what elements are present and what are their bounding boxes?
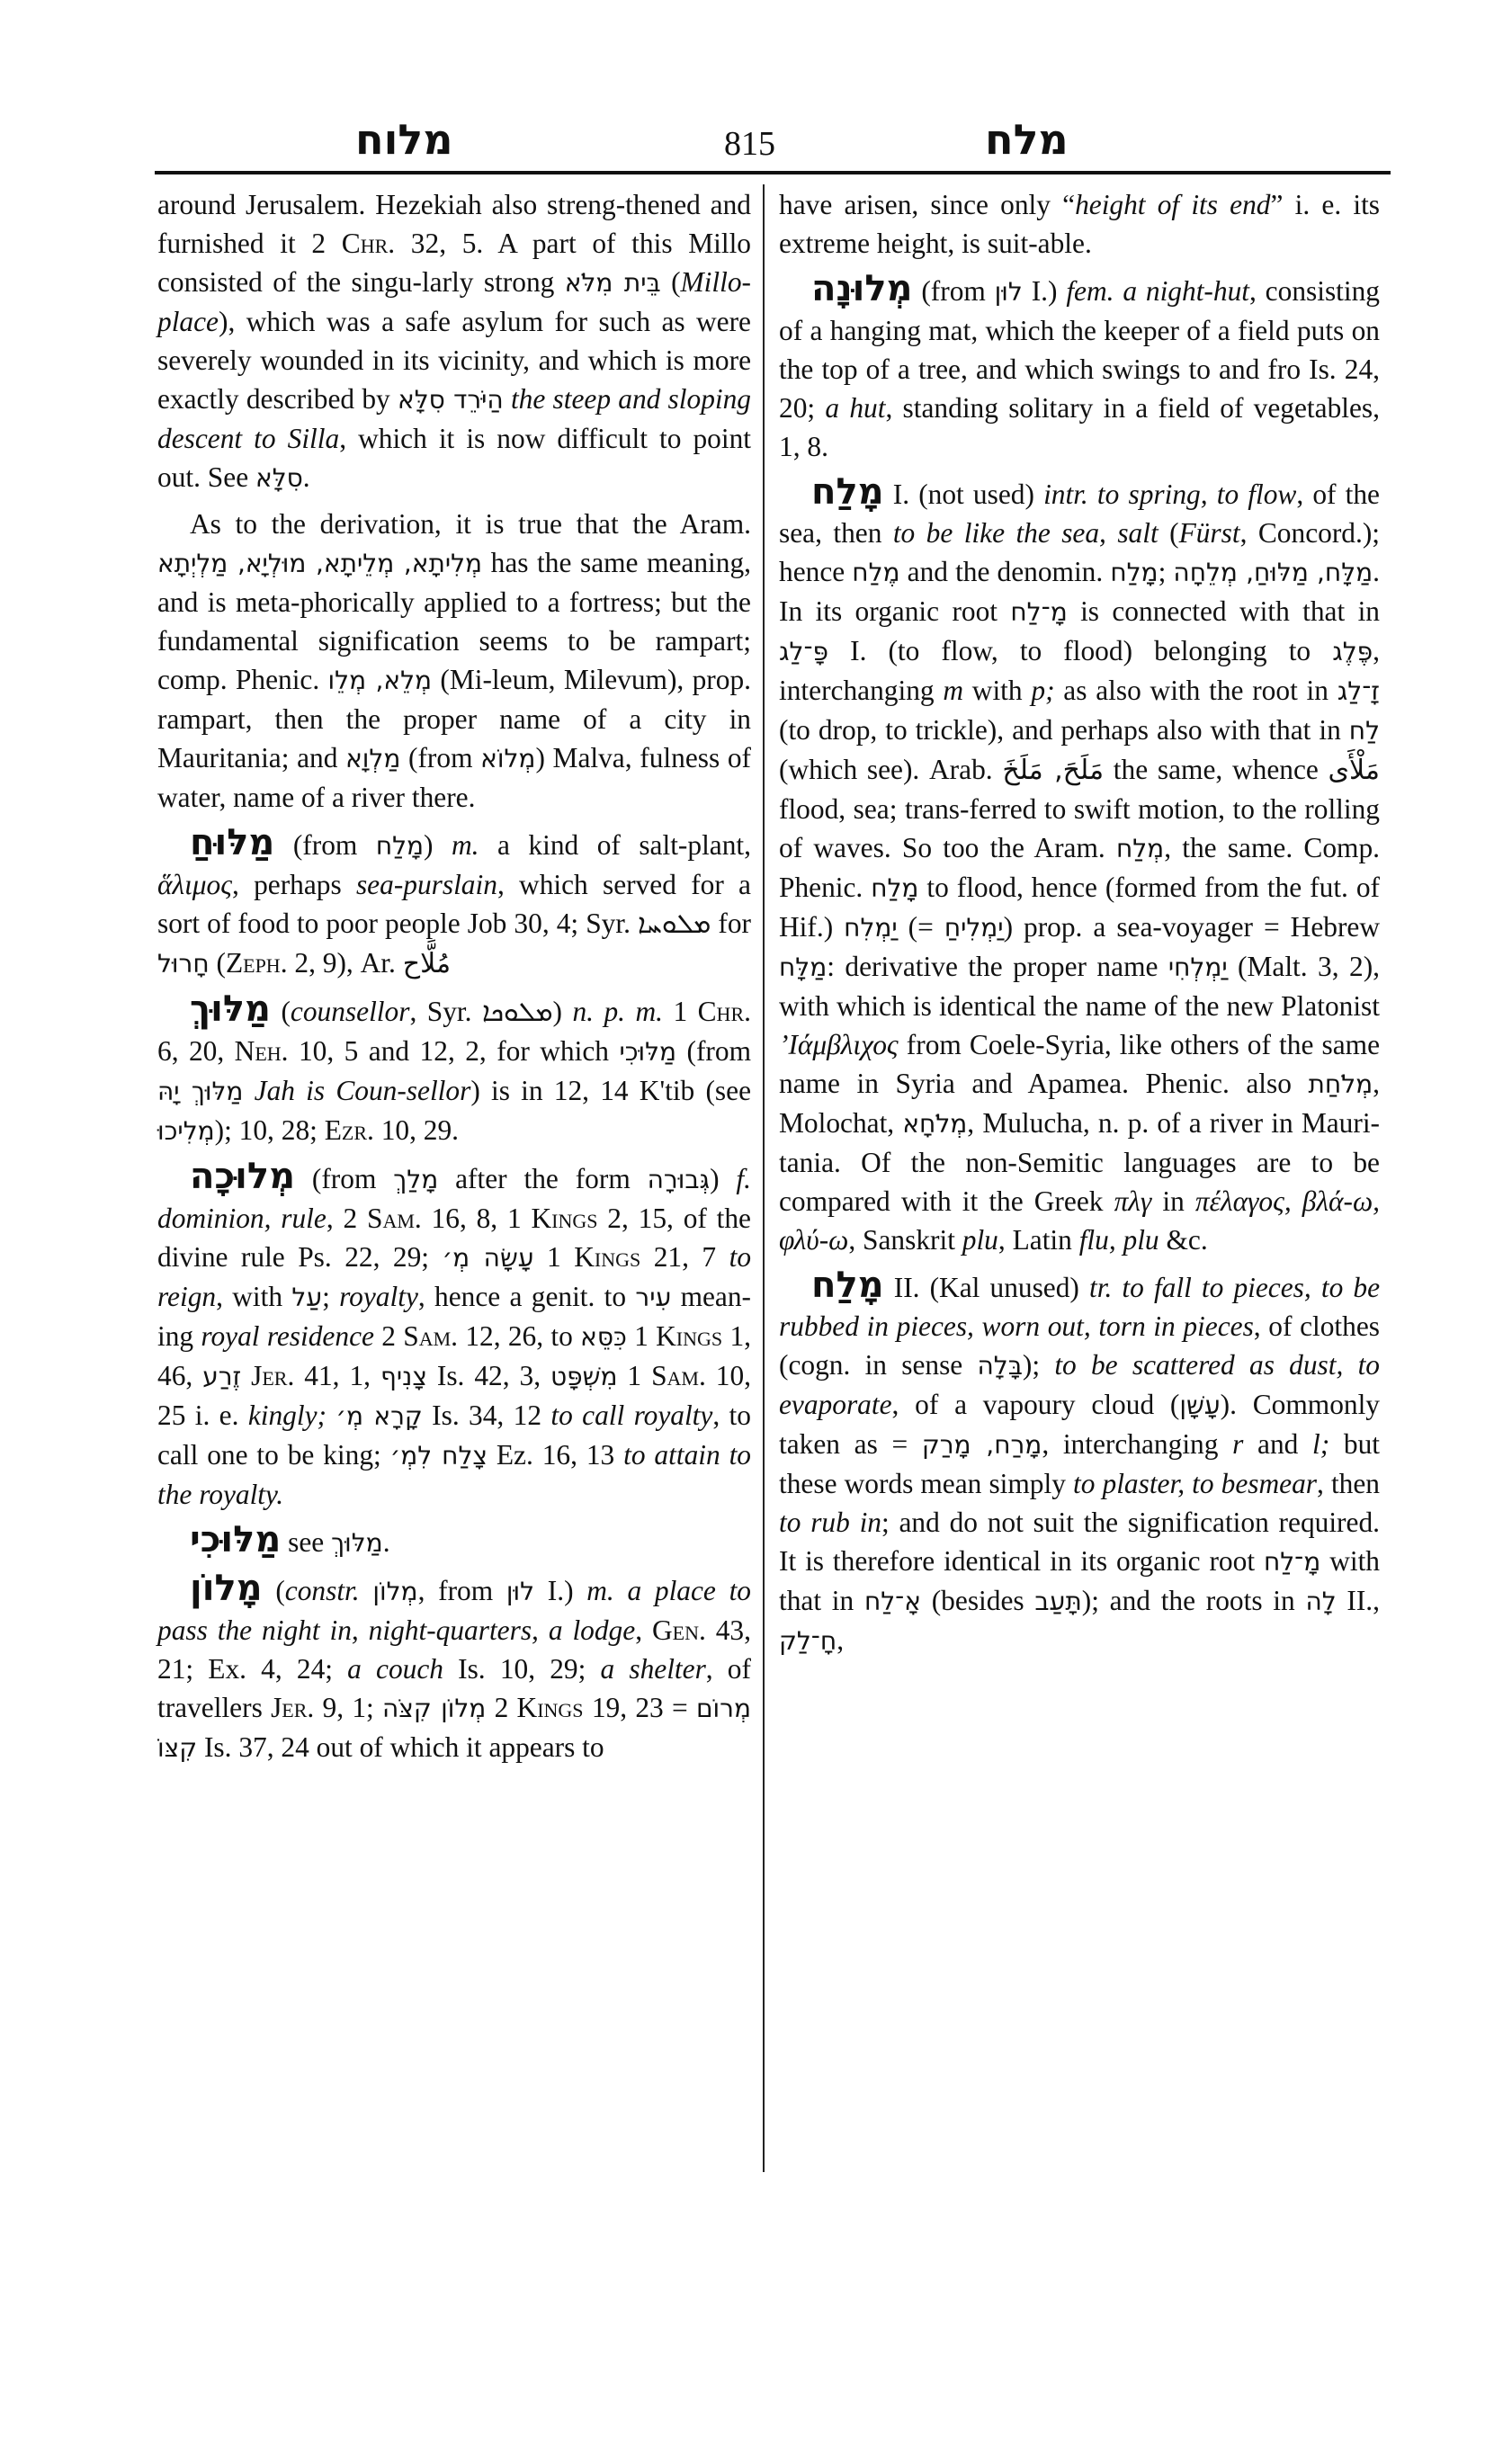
hebrew-word: מַלּוּךְ [331,1528,383,1558]
hebrew-word: לַח [1349,716,1380,746]
hebrew-word: הַיֹּרֵד סִלָּא [398,385,504,415]
hebrew-word: מְלַח [1116,834,1164,863]
paragraph-derivation: As to the derivation, it is true that th… [157,505,751,817]
entry-malach-2: מָלַח II. (Kal unused) tr. to fall to pi… [779,1266,1380,1660]
hebrew-word: יַמְלִיחַ [944,913,1004,943]
hebrew-word: מָ־לַח [1264,1547,1320,1577]
entry-lemma: מְלוּכָה [190,1156,295,1197]
entry-lemma: מָלַח [811,1265,884,1306]
bible-ref: Jer. [251,1360,294,1391]
bible-ref: Jer. [271,1692,314,1723]
entry-lemma: מַלּוּחַ [190,822,274,863]
entry-lemma: מַלּוּךְ [190,988,271,1030]
running-head-left: מלוח [355,115,453,164]
hebrew-word: זֶרַע [202,1362,241,1391]
hebrew-word: מְלֹחָא [902,1109,967,1139]
bible-ref: Kings [531,1203,597,1234]
hebrew-word: מַלּוּךְ יָהּ [157,1077,243,1106]
bible-ref: Zeph. [226,947,288,979]
bible-ref: Kings [656,1320,722,1352]
right-column: have arisen, since only “height of its e… [779,185,1380,1668]
hebrew-word: מְלִיכוּ [157,1116,215,1146]
bible-ref: Chr. [342,228,395,259]
entry-lemma: מְלוּנָה [811,268,912,309]
hebrew-word: מַלּוּכִי [619,1037,676,1067]
bible-ref: Ezr. [325,1114,374,1146]
hebrew-word: בָּלָה [977,1351,1022,1381]
hebrew-word: יַמְלִח [844,913,898,943]
greek-word: πλγ [1114,1185,1152,1217]
bible-ref: Kings [517,1692,584,1723]
arabic-word: مَلْأَى [1329,755,1380,786]
bible-ref: Kings [574,1241,640,1273]
hebrew-word: מָלַח [1110,558,1158,587]
entry-melukhah: מְלוּכָה (from מָלַךְ after the form גְּ… [157,1158,751,1514]
syriac-word: ܡܠܘܚܐ [638,908,711,940]
greek-word: ἅλιμος [157,869,232,900]
hebrew-word: קָרָא מְ׳ [336,1401,422,1431]
bible-ref: Sam. [651,1360,706,1391]
hebrew-word: פֶּלֶג [1332,637,1373,666]
hebrew-word: מָלַךְ [393,1165,438,1194]
header-rule [155,171,1391,174]
hebrew-word: צָלַח לִמְ׳ [390,1441,488,1471]
bible-ref: Neh. [235,1035,289,1067]
hebrew-word: מְלוֹן [372,1577,417,1606]
entry-malluach: מַלּוּחַ (from מָלַח) m. a kind of salt-… [157,824,751,983]
paragraph-malon-cont: have arisen, since only “height of its e… [779,185,1380,263]
bible-ref: Sam. [367,1203,422,1234]
hebrew-word: עָשָׂה מְ׳ [442,1243,533,1273]
paragraph-millo-cont: around Jerusalem. Hezekiah also streng-t… [157,185,751,497]
greek-word: ’Ιάμβλιχος [779,1029,899,1060]
hebrew-word: מַלָּח, מַלּוּחַ, מְלֵחָה [1173,558,1373,587]
hebrew-word: מַלְוָא [345,744,400,773]
hebrew-word: אָ־לַח [864,1587,921,1616]
hebrew-word: לוּן [506,1577,534,1606]
hebrew-word: מְלִיתָא, מְלֵיתָא, מוּלְיָא, מַלְיְתָא [157,549,482,578]
hebrew-word: מָלַח [376,831,424,861]
hebrew-word: תָּעַב [1034,1587,1081,1616]
hebrew-word: מְלוֹן קִצֹּה [382,1694,486,1723]
entry-lemma: מַלּוּכִי [190,1519,281,1560]
page-number: 815 [724,124,775,164]
hebrew-word: חָרוּל [157,949,210,979]
entry-malon: מָלוֹן (constr. מְלוֹן, from לוּן I.) m.… [157,1569,751,1767]
hebrew-word: כִּסֵּא [580,1322,627,1352]
hebrew-word: עַל [291,1283,322,1312]
hebrew-word: מַלָּח [779,952,827,982]
bible-ref: Sam. [403,1320,458,1352]
entry-mallukhi: מַלּוּכִי see מַלּוּךְ. [157,1521,751,1562]
hebrew-word: בֵּית מִלֹּא [565,268,661,298]
hebrew-word: מֶלַח [852,558,899,587]
hebrew-word: צָנִיף [380,1362,427,1391]
left-column: around Jerusalem. Hezekiah also streng-t… [157,185,751,1775]
hebrew-word: מָלַח [871,873,918,903]
hebrew-word: מָ־לַח [1010,597,1067,627]
syriac-word: ܡܠܘܟܐ [482,997,553,1028]
hebrew-word: לָה [1305,1587,1336,1616]
entry-lemma: מָלוֹן [190,1568,263,1609]
hebrew-word: מְלֹחַת [1309,1069,1373,1099]
bible-ref: Gen. [652,1614,706,1646]
hebrew-word: לוּן [995,277,1023,307]
hebrew-word: עָשָׁן [1179,1390,1220,1420]
hebrew-word: מִשְׁפָּט [550,1362,618,1391]
entry-lemma: מָלַח [811,471,884,513]
hebrew-word: סִלָּא [255,463,303,493]
hebrew-word: פָּ־לַג [779,637,828,666]
bible-ref: Chr. [698,996,751,1027]
hebrew-word: יַמְלְחִי [1168,952,1228,982]
hebrew-word: גְּבוּרָה [648,1165,710,1194]
running-head-right: מלח [985,115,1069,164]
hebrew-word: מְלוֹא [480,744,535,773]
entry-malach-1: מָלַח I. (not used) intr. to spring, to … [779,473,1380,1259]
hebrew-word: מָרַח, מָרַק [922,1430,1042,1460]
arabic-word: مُلَّاح [403,948,451,979]
entry-melunah: מְלוּנָה (from לוּן I.) fem. a night-hut… [779,270,1380,466]
hebrew-word: עִיר [635,1283,671,1312]
hebrew-word: זָ־לַג [1338,676,1380,706]
column-divider [763,184,765,2172]
arabic-word: مَلَحَ, مَلَخَ [1002,755,1104,786]
hebrew-word: חָ־לַק [779,1626,837,1656]
entry-malluk: מַלּוּךְ (counsellor, Syr. ܡܠܘܟܐ) n. p. … [157,990,751,1150]
hebrew-word: מְלֵא, מְלֵו [328,666,433,695]
